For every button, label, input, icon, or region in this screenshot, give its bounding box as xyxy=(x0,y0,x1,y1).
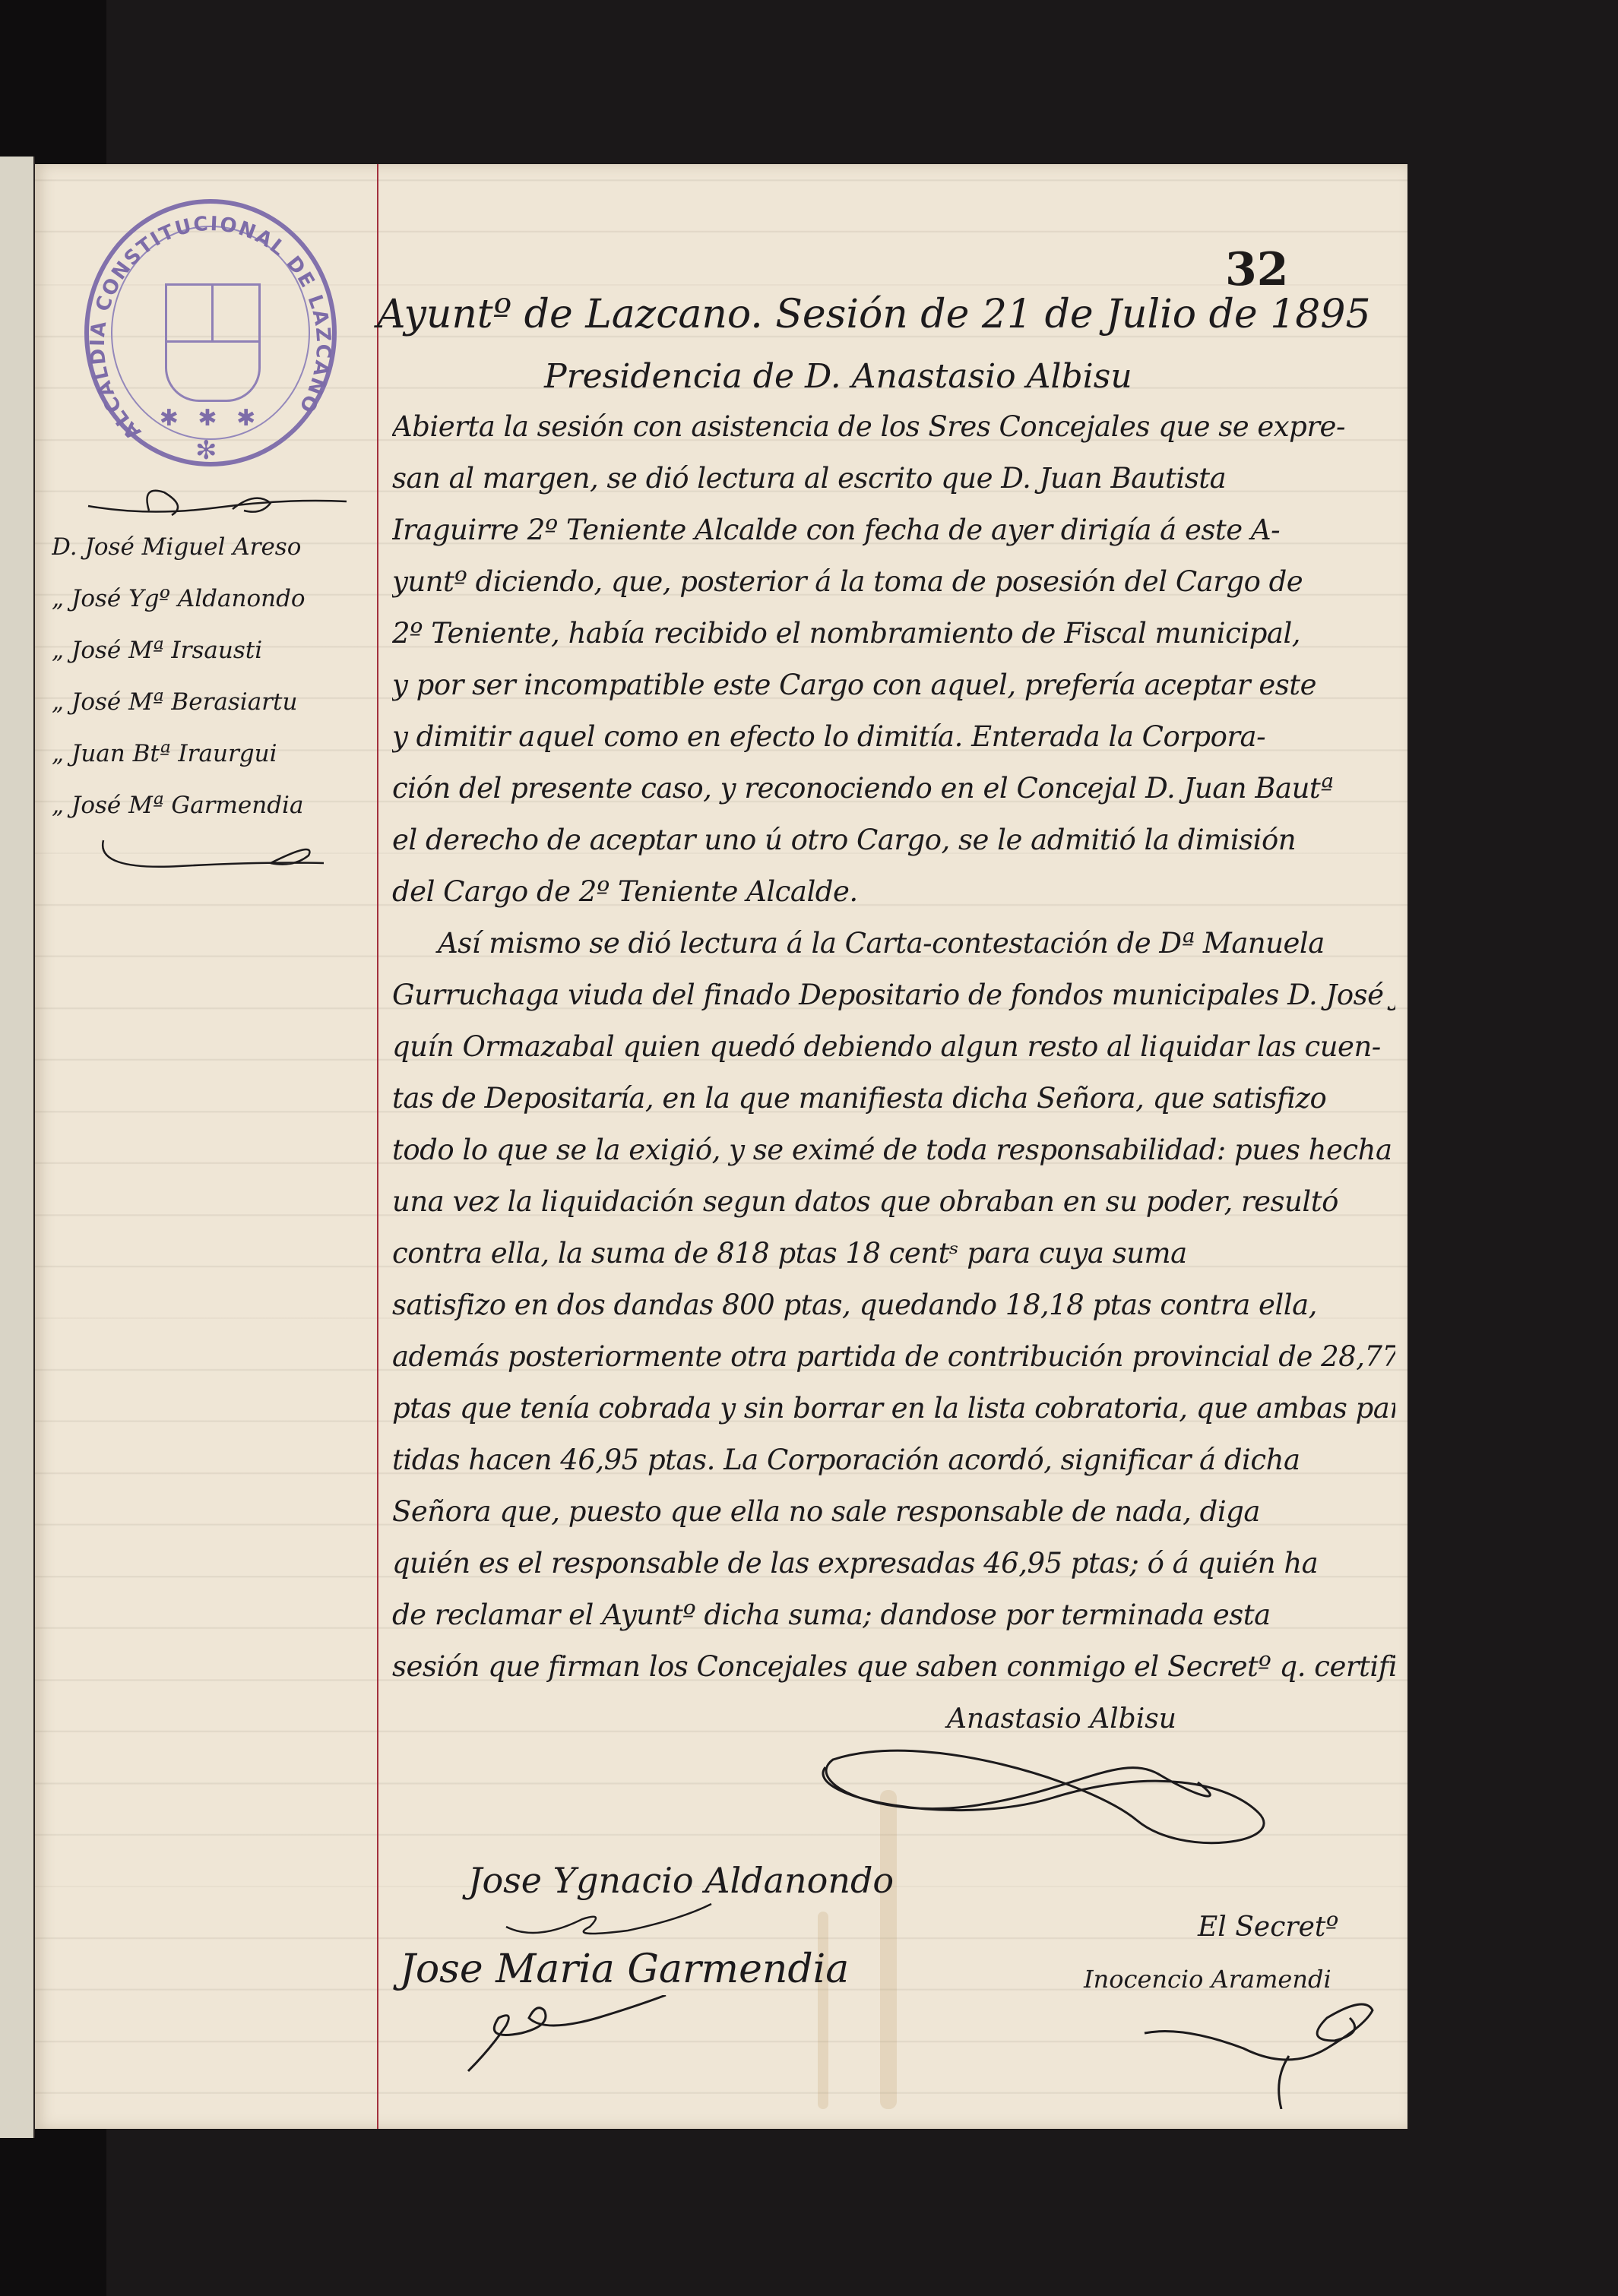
margin-flourish-icon xyxy=(88,833,339,878)
coat-of-arms-icon xyxy=(165,283,261,402)
attendee-name: D. José Miguel Areso xyxy=(52,521,371,573)
body-line: satisfizo en dos dandas 800 ptas, quedan… xyxy=(392,1279,1395,1331)
body-line: quín Ormazabal quien quedó debiendo algu… xyxy=(392,1021,1395,1073)
mayor-signature: Anastasio Albisu xyxy=(947,1703,1176,1735)
minutes-heading: Ayuntº de Lazcano. Sesión de 21 de Julio… xyxy=(377,292,1371,337)
body-line: yuntº diciendo, que, posterior á la toma… xyxy=(392,556,1395,608)
body-line: ción del presente caso, y reconociendo e… xyxy=(392,763,1395,814)
body-line: el derecho de aceptar uno ú otro Cargo, … xyxy=(392,814,1395,866)
body-line: y por ser incompatible este Cargo con aq… xyxy=(392,659,1395,711)
body-line: 2º Teniente, había recibido el nombramie… xyxy=(392,608,1395,659)
seal-cross-icon: ✻ xyxy=(195,435,217,466)
seal-stars-icon: ✱ ✱ ✱ xyxy=(157,405,264,432)
attendee-name: „ Juan Btª Iraurgui xyxy=(52,728,371,780)
margin-rule xyxy=(377,164,378,2129)
body-line: Señora que, puesto que ella no sale resp… xyxy=(392,1486,1395,1538)
body-line: tas de Depositaría, en la que manifiesta… xyxy=(392,1073,1395,1124)
body-line: Así mismo se dió lectura á la Carta-cont… xyxy=(392,918,1395,969)
body-line: Iraguirre 2º Teniente Alcalde con fecha … xyxy=(392,504,1395,556)
document-page: 32 ALCALDIA CONSTITUCIONAL DE LAZCANO ✱ … xyxy=(35,164,1407,2129)
body-line: sesión que firman los Concejales que sab… xyxy=(392,1641,1395,1693)
body-line: ptas que tenía cobrada y sin borrar en l… xyxy=(392,1383,1395,1434)
body-line: quién es el responsable de las expresada… xyxy=(392,1538,1395,1589)
attendee-name: „ José Mª Garmendia xyxy=(52,780,371,831)
water-stain xyxy=(818,1912,828,2109)
margin-flourish-icon xyxy=(81,480,354,526)
secretary-signature: Inocencio Aramendi xyxy=(1084,1965,1331,1994)
minutes-body: Abierta la sesión con asistencia de los … xyxy=(392,401,1395,1693)
body-line: además posteriormente otra partida de co… xyxy=(392,1331,1395,1383)
body-line: contra ella, la suma de 818 ptas 18 cent… xyxy=(392,1228,1395,1279)
signature-flourish-icon xyxy=(803,1737,1319,1858)
body-line: y dimitir aquel como en efecto lo dimití… xyxy=(392,711,1395,763)
councillor-signature: Jose Ygnacio Aldanondo xyxy=(468,1860,894,1901)
body-line: todo lo que se la exigió, y se eximé de … xyxy=(392,1124,1395,1176)
body-line: tidas hacen 46,95 ptas. La Corporación a… xyxy=(392,1434,1395,1486)
attendee-name: „ José Mª Irsausti xyxy=(52,625,371,676)
body-line: Abierta la sesión con asistencia de los … xyxy=(392,401,1395,453)
body-line: del Cargo de 2º Teniente Alcalde. xyxy=(392,866,1395,918)
signature-flourish-icon xyxy=(1137,2003,1395,2109)
presidency-line: Presidencia de D. Anastasio Albisu xyxy=(544,357,1132,396)
municipal-seal: ALCALDIA CONSTITUCIONAL DE LAZCANO ✱ ✱ ✱… xyxy=(84,199,337,466)
page-number: 32 xyxy=(1225,243,1289,296)
body-line: san al margen, se dió lectura al escrito… xyxy=(392,453,1395,504)
attendee-name: „ José Ygº Aldanondo xyxy=(52,573,371,625)
body-line: Gurruchaga viuda del finado Depositario … xyxy=(392,969,1395,1021)
secretary-title: El Secretº xyxy=(1198,1912,1338,1943)
signature-flourish-icon xyxy=(491,1896,719,1950)
attendee-name: „ José Mª Berasiartu xyxy=(52,676,371,728)
councillor-signature: Jose Maria Garmendia xyxy=(400,1947,849,1992)
signature-flourish-icon xyxy=(461,1995,673,2079)
previous-page-edge xyxy=(0,157,35,2138)
attendees-list: D. José Miguel Areso „ José Ygº Aldanond… xyxy=(52,521,371,831)
body-line: una vez la liquidación segun datos que o… xyxy=(392,1176,1395,1228)
body-line: de reclamar el Ayuntº dicha suma; dandos… xyxy=(392,1589,1395,1641)
